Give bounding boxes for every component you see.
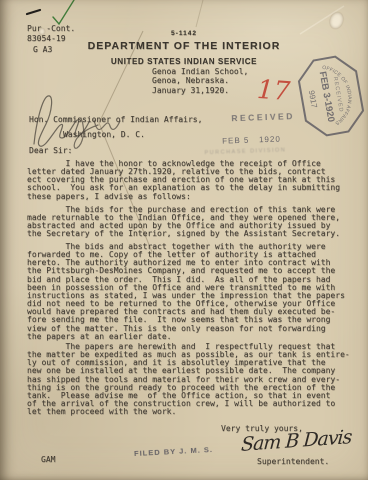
body-paragraph-3: The bids and abstract together with the …	[27, 243, 361, 341]
scanned-letter-document: Pur.-Cont. 83054-19 G A3 5-1142 DEPARTME…	[0, 0, 368, 480]
paper-fleck-spot	[39, 28, 45, 35]
typist-initials: GAM	[41, 455, 55, 464]
top-crease-line	[196, 0, 203, 27]
received-stamp-date: FEB 5 1920	[222, 135, 281, 146]
place-line: Genoa, Nebraska.	[152, 76, 248, 85]
body-paragraph-1: I have the honor to acknowledge the rece…	[27, 160, 361, 201]
dateline-block: Genoa Indian School, Genoa, Nebraska. Ja…	[152, 67, 248, 95]
black-pen-dash	[27, 10, 40, 14]
received-stamp-word: RECEIVED	[231, 111, 295, 123]
recipient-line: Hon. Commissioner of Indian Affairs,	[29, 115, 202, 124]
received-date-stamp: RECEIVED FEB 5 1920 PURCHASE DIVISION	[199, 108, 336, 165]
body-paragraph-2: The bids for the purchase and erection o…	[27, 206, 361, 239]
octagon-stamp-number: 9917	[307, 90, 319, 110]
body-paragraph-4: The papers are herewith and I respectful…	[27, 343, 361, 416]
form-number: 5-1142	[0, 30, 368, 37]
recipient-city-line: Washington, D. C.	[63, 130, 145, 139]
salutation-line: Dear Sir:	[29, 146, 72, 155]
signature-title-line: Superintendent.	[257, 457, 329, 466]
green-checkmark	[53, 0, 74, 24]
date-line: January 31,1920.	[152, 86, 248, 95]
received-stamp-division: PURCHASE DIVISION	[204, 147, 286, 156]
school-line: Genoa Indian School,	[152, 67, 248, 76]
